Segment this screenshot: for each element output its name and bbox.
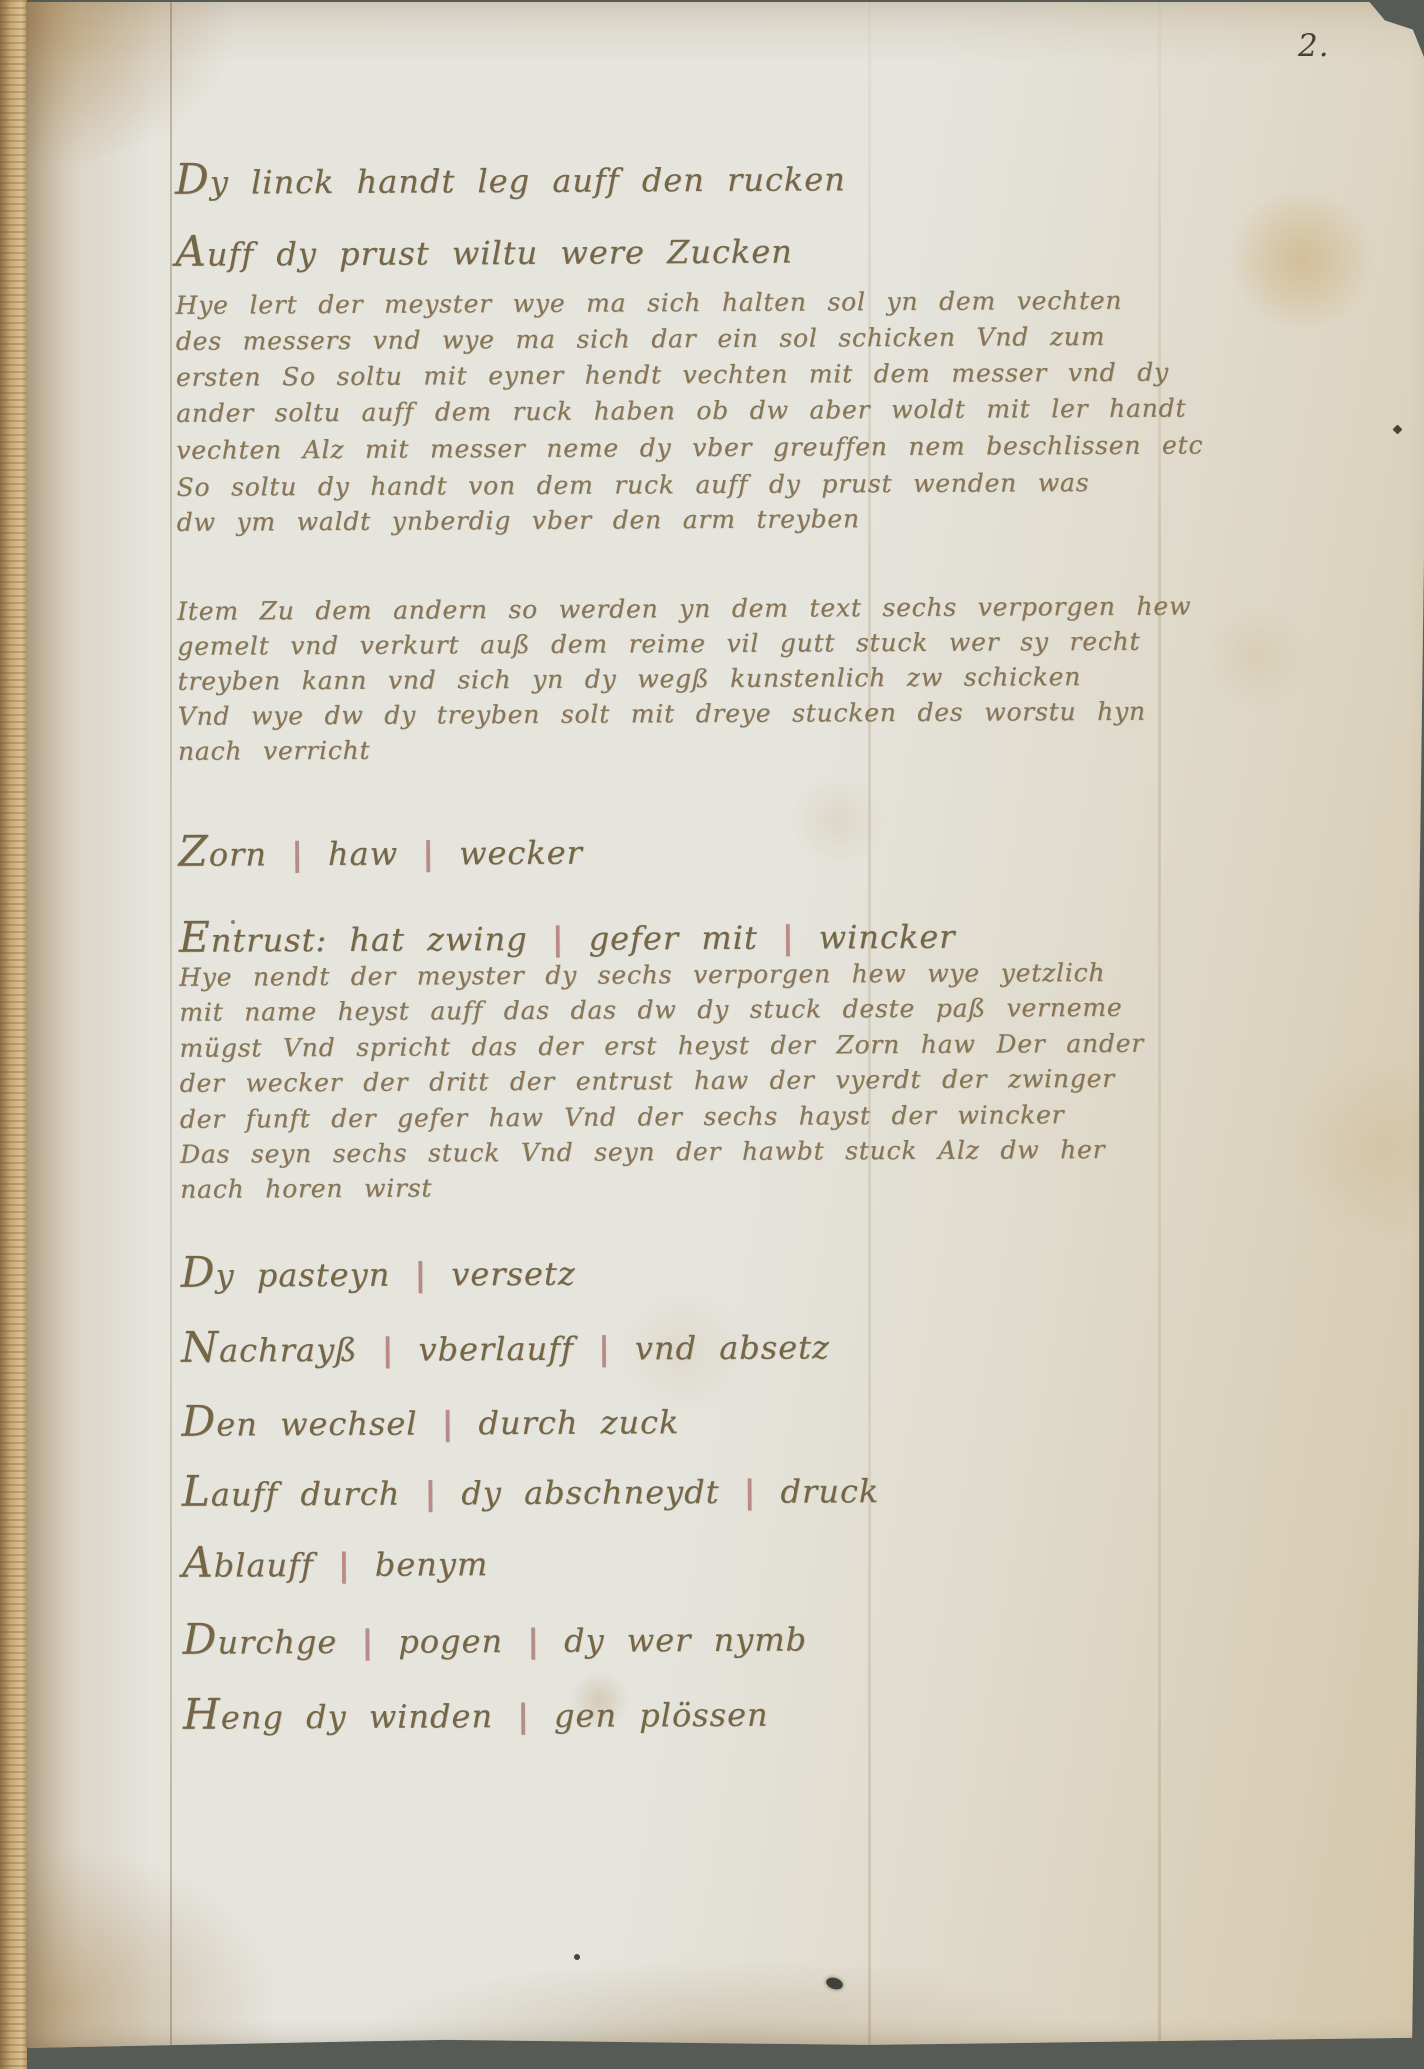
gloss3-line: der wecker der dritt der entrust haw der… — [180, 1064, 1115, 1098]
fold-crease — [1158, 2, 1161, 2048]
manuscript-page: 2. Dy linck handt leg auff den rucken Au… — [26, 2, 1424, 2048]
gloss3-line: mügst Vnd spricht das der erst heyst der… — [179, 1029, 1144, 1063]
gloss2-line: Item Zu dem andern so werden yn dem text… — [177, 591, 1191, 625]
wormhole — [825, 1976, 845, 1992]
text-block: Dy linck handt leg auff den rucken Auff … — [174, 0, 1244, 5]
gloss2-line: treyben kann vnd sich yn dy wegß kunsten… — [177, 662, 1081, 696]
margin-rule-line — [170, 2, 172, 2048]
verse-couplet-line-1: Dy linck handt leg auff den rucken — [175, 151, 846, 204]
technique-list-item: Heng dy winden | gen plössen — [183, 1687, 769, 1739]
gloss1-line: Hye lert der meyster wye ma sich halten … — [176, 286, 1123, 320]
gloss1-line: des messers vnd wye ma sich dar ein sol … — [176, 322, 1106, 356]
gloss3-line: der funft der gefer haw Vnd der sechs ha… — [180, 1100, 1065, 1134]
technique-list-item: Den wechsel | durch zuck — [181, 1394, 679, 1446]
gloss2-line: Vnd wye dw dy treyben solt mit dreye stu… — [178, 697, 1146, 731]
gloss1-line: vechten Alz mit messer neme dy vber greu… — [176, 430, 1203, 464]
ink-speck — [1393, 425, 1403, 435]
gloss1-line: ander soltu auff dem ruck haben ob dw ab… — [176, 394, 1186, 428]
technique-list-item: Dy pasteyn | versetz — [181, 1246, 576, 1297]
gloss1-line: ersten So soltu mit eyner hendt vechten … — [176, 358, 1169, 392]
gloss3-line: Hye nendt der meyster dy sechs verporgen… — [179, 958, 1105, 992]
gloss3-line: nach horen wirst — [180, 1173, 432, 1203]
gloss1-line: dw ym waldt ynberdig vber den arm treybe… — [177, 504, 860, 537]
heading-zornhaw-wecker: Zorn | haw | wecker — [178, 825, 583, 876]
technique-list-item: Nachrayß | vberlauff | vnd absetz — [181, 1319, 830, 1371]
gloss1-line: So soltu dy handt von dem ruck auff dy p… — [176, 468, 1089, 502]
heading-entrust-wincker: Entrust: hat zwing | gefer mit | wincker — [179, 909, 956, 962]
technique-list-item: Ablauff | benym — [182, 1536, 488, 1587]
gloss2-line: nach verricht — [178, 736, 371, 766]
folio-number: 2. — [1298, 28, 1330, 64]
gloss3-line: mit name heyst auff das das dw dy stuck … — [179, 993, 1122, 1027]
book-page-edge-stack — [0, 0, 27, 2069]
technique-list-item: Durchge | pogen | dy wer nymb — [182, 1612, 807, 1664]
ink-speck — [574, 1954, 580, 1960]
gloss3-line: Das seyn sechs stuck Vnd seyn der hawbt … — [180, 1135, 1105, 1169]
verse-couplet-line-2: Auff dy prust wiltu were Zucken — [175, 224, 793, 276]
gloss2-line: gemelt vnd verkurt auß dem reime vil gut… — [177, 627, 1140, 661]
technique-list-item: Lauff durch | dy abschneydt | druck — [182, 1463, 880, 1516]
